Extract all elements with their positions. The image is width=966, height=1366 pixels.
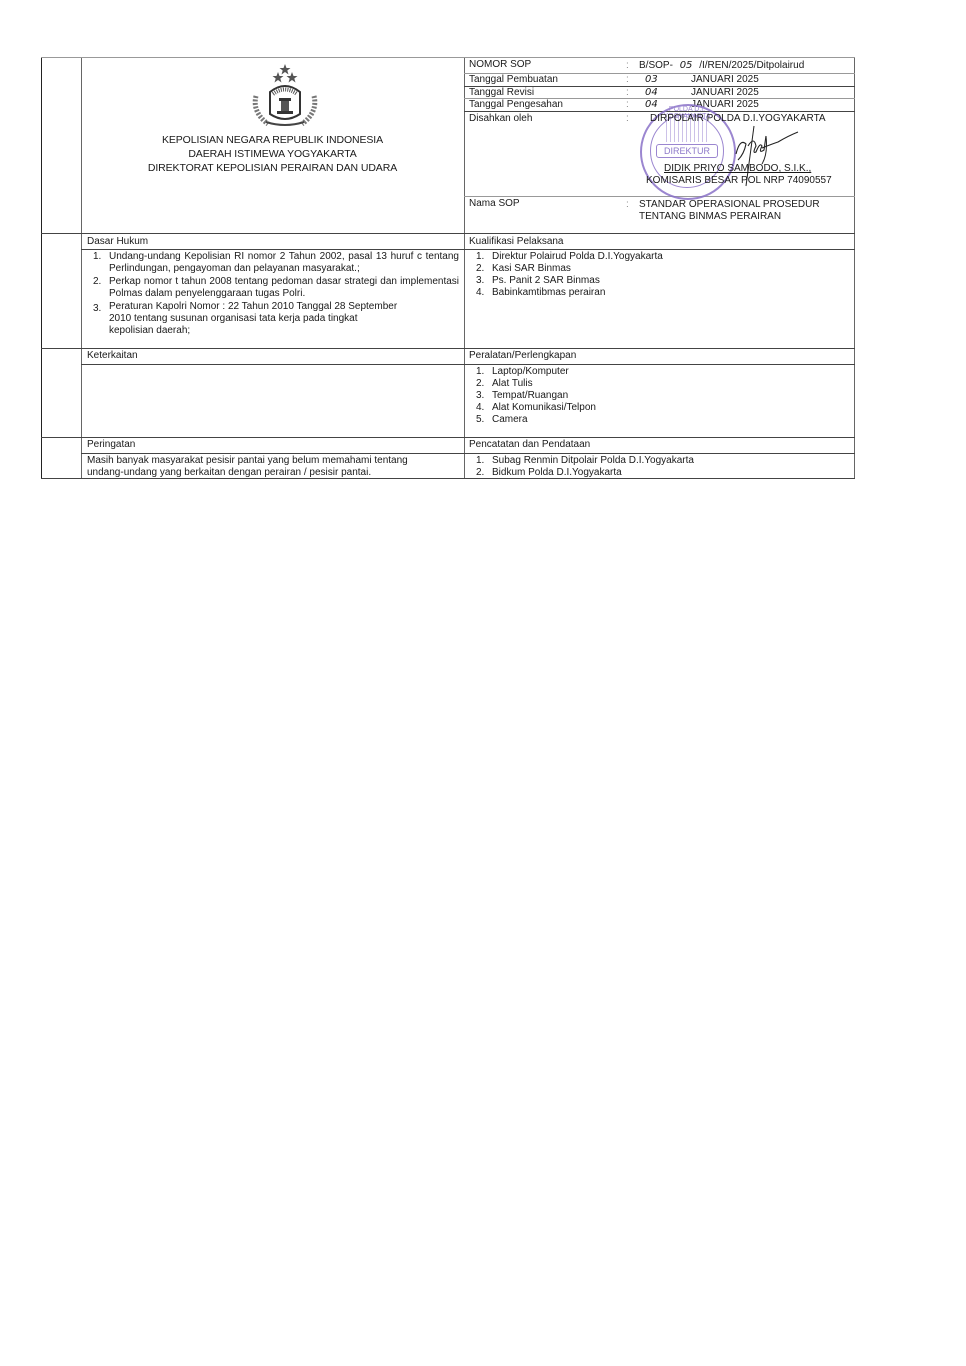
nomor-prefix: B/SOP-: [639, 60, 673, 71]
row-divider: [41, 437, 855, 438]
nomor-number-handwritten: 05: [680, 60, 693, 71]
dasar-hukum-list: 1.Undang-undang Kepolisian RI nomor 2 Ta…: [85, 251, 459, 337]
nomor-sop-value: B/SOP- 05 /I/REN/2025/Ditpolairud: [639, 60, 804, 72]
list-item: 3.Ps. Panit 2 SAR Binmas: [468, 275, 848, 287]
org-region: DAERAH ISTIMEWA YOGYAKARTA: [81, 147, 464, 161]
nama-sop-value-line2: TENTANG BINMAS PERAIRAN: [639, 211, 781, 223]
list-item: 3.Peraturan Kapolri Nomor : 22 Tahun 201…: [85, 301, 459, 337]
list-item: 2.Kasi SAR Binmas: [468, 263, 848, 275]
colon: :: [626, 87, 629, 99]
list-item: 3.Tempat/Ruangan: [468, 390, 848, 402]
tanggal-pembuatan-label: Tanggal Pembuatan: [469, 74, 558, 86]
item-number: 2.: [476, 263, 484, 275]
list-item: 2.Alat Tulis: [468, 378, 848, 390]
list-item: 4.Babinkamtibmas perairan: [468, 287, 848, 299]
item-number: 2.: [93, 276, 101, 288]
peringatan-text-line1: Masih banyak masyarakat pesisir pantai y…: [87, 455, 408, 467]
list-item: 2.Bidkum Polda D.I.Yogyakarta: [468, 467, 848, 479]
item-number: 5.: [476, 414, 484, 426]
org-name: KEPOLISIAN NEGARA REPUBLIK INDONESIA: [81, 133, 464, 147]
table-border-left: [41, 57, 42, 479]
item-number: 1.: [476, 251, 484, 263]
row-divider: [464, 196, 855, 197]
item-number: 1.: [476, 455, 484, 467]
item-text: Alat Komunikasi/Telpon: [492, 402, 596, 413]
item-text: Tempat/Ruangan: [492, 390, 568, 401]
list-item: 1.Subag Renmin Ditpolair Polda D.I.Yogya…: [468, 455, 848, 467]
pencatatan-list: 1.Subag Renmin Ditpolair Polda D.I.Yogya…: [468, 455, 848, 479]
item-number: 4.: [476, 287, 484, 299]
kualifikasi-list: 1.Direktur Polairud Polda D.I.Yogyakarta…: [468, 251, 848, 299]
list-item: 2.Perkap nomor t tahun 2008 tentang pedo…: [85, 276, 459, 300]
tanggal-revisi-day: 04: [645, 87, 658, 99]
row-divider: [41, 348, 855, 349]
item-number: 3.: [476, 275, 484, 287]
colon: :: [626, 74, 629, 86]
item-text: Perkap nomor t tahun 2008 tentang pedoma…: [109, 276, 459, 300]
tanggal-revisi-month: JANUARI 2025: [691, 87, 759, 99]
nama-sop-label: Nama SOP: [469, 198, 520, 210]
stamp-label: DIREKTUR: [656, 144, 718, 158]
column-divider-middle: [464, 57, 465, 479]
dasar-hukum-title: Dasar Hukum: [87, 236, 148, 248]
item-number: 2.: [476, 378, 484, 390]
table-border-right: [854, 57, 855, 479]
tanggal-pembuatan-day: 03: [645, 74, 658, 86]
item-text: Direktur Polairud Polda D.I.Yogyakarta: [492, 251, 663, 262]
peralatan-list: 1.Laptop/Komputer 2.Alat Tulis 3.Tempat/…: [468, 366, 848, 426]
item-text: Ps. Panit 2 SAR Binmas: [492, 275, 600, 286]
item-number: 4.: [476, 402, 484, 414]
item-text: Camera: [492, 414, 528, 425]
row-divider: [81, 453, 855, 454]
item-text: Laptop/Komputer: [492, 366, 569, 377]
nomor-suffix: /I/REN/2025/Ditpolairud: [699, 60, 804, 71]
org-directorate: DIREKTORAT KEPOLISIAN PERAIRAN DAN UDARA: [81, 161, 464, 175]
list-item: 4.Alat Komunikasi/Telpon: [468, 402, 848, 414]
colon: :: [626, 99, 629, 111]
row-divider: [81, 364, 855, 365]
nama-sop-value-line1: STANDAR OPERASIONAL PROSEDUR: [639, 199, 820, 211]
peringatan-text-line2: undang-undang yang berkaitan dengan pera…: [87, 467, 371, 479]
signer-name: DIDIK PRIYO SAMBODO, S.I.K.,: [664, 163, 811, 175]
colon: :: [626, 60, 629, 72]
tanggal-revisi-label: Tanggal Revisi: [469, 87, 534, 99]
item-text: Bidkum Polda D.I.Yogyakarta: [492, 467, 622, 478]
list-item: 5.Camera: [468, 414, 848, 426]
item-text: Subag Renmin Ditpolair Polda D.I.Yogyaka…: [492, 455, 694, 466]
colon: :: [626, 199, 629, 211]
item-text: Undang-undang Kepolisian RI nomor 2 Tahu…: [109, 251, 459, 275]
item-number: 3.: [476, 390, 484, 402]
colon: :: [626, 113, 629, 125]
tanggal-pengesahan-label: Tanggal Pengesahan: [469, 99, 563, 111]
list-item: 1.Undang-undang Kepolisian RI nomor 2 Ta…: [85, 251, 459, 275]
peringatan-title: Peringatan: [87, 439, 135, 451]
item-text: Kasi SAR Binmas: [492, 263, 571, 274]
tanggal-pembuatan-month: JANUARI 2025: [691, 74, 759, 86]
item-number: 2.: [476, 467, 484, 479]
column-divider-left: [81, 57, 82, 479]
item-number: 1.: [93, 251, 101, 263]
keterkaitan-title: Keterkaitan: [87, 350, 138, 362]
pencatatan-title: Pencatatan dan Pendataan: [469, 439, 590, 451]
kualifikasi-title: Kualifikasi Pelaksana: [469, 236, 564, 248]
row-divider: [81, 249, 855, 250]
table-border-top: [41, 57, 855, 58]
list-item: 1.Direktur Polairud Polda D.I.Yogyakarta: [468, 251, 848, 263]
nomor-sop-label: NOMOR SOP: [469, 59, 531, 71]
police-emblem-icon: [246, 62, 324, 130]
peralatan-title: Peralatan/Perlengkapan: [469, 350, 576, 362]
item-number: 3.: [93, 303, 101, 315]
item-number: 1.: [476, 366, 484, 378]
disahkan-label: Disahkan oleh: [469, 113, 532, 125]
item-text: Babinkamtibmas perairan: [492, 287, 605, 298]
list-item: 1.Laptop/Komputer: [468, 366, 848, 378]
row-divider: [41, 233, 855, 234]
item-text: Alat Tulis: [492, 378, 533, 389]
item-text: Peraturan Kapolri Nomor : 22 Tahun 2010 …: [109, 301, 459, 337]
signer-rank: KOMISARIS BESAR POL NRP 74090557: [646, 175, 832, 187]
